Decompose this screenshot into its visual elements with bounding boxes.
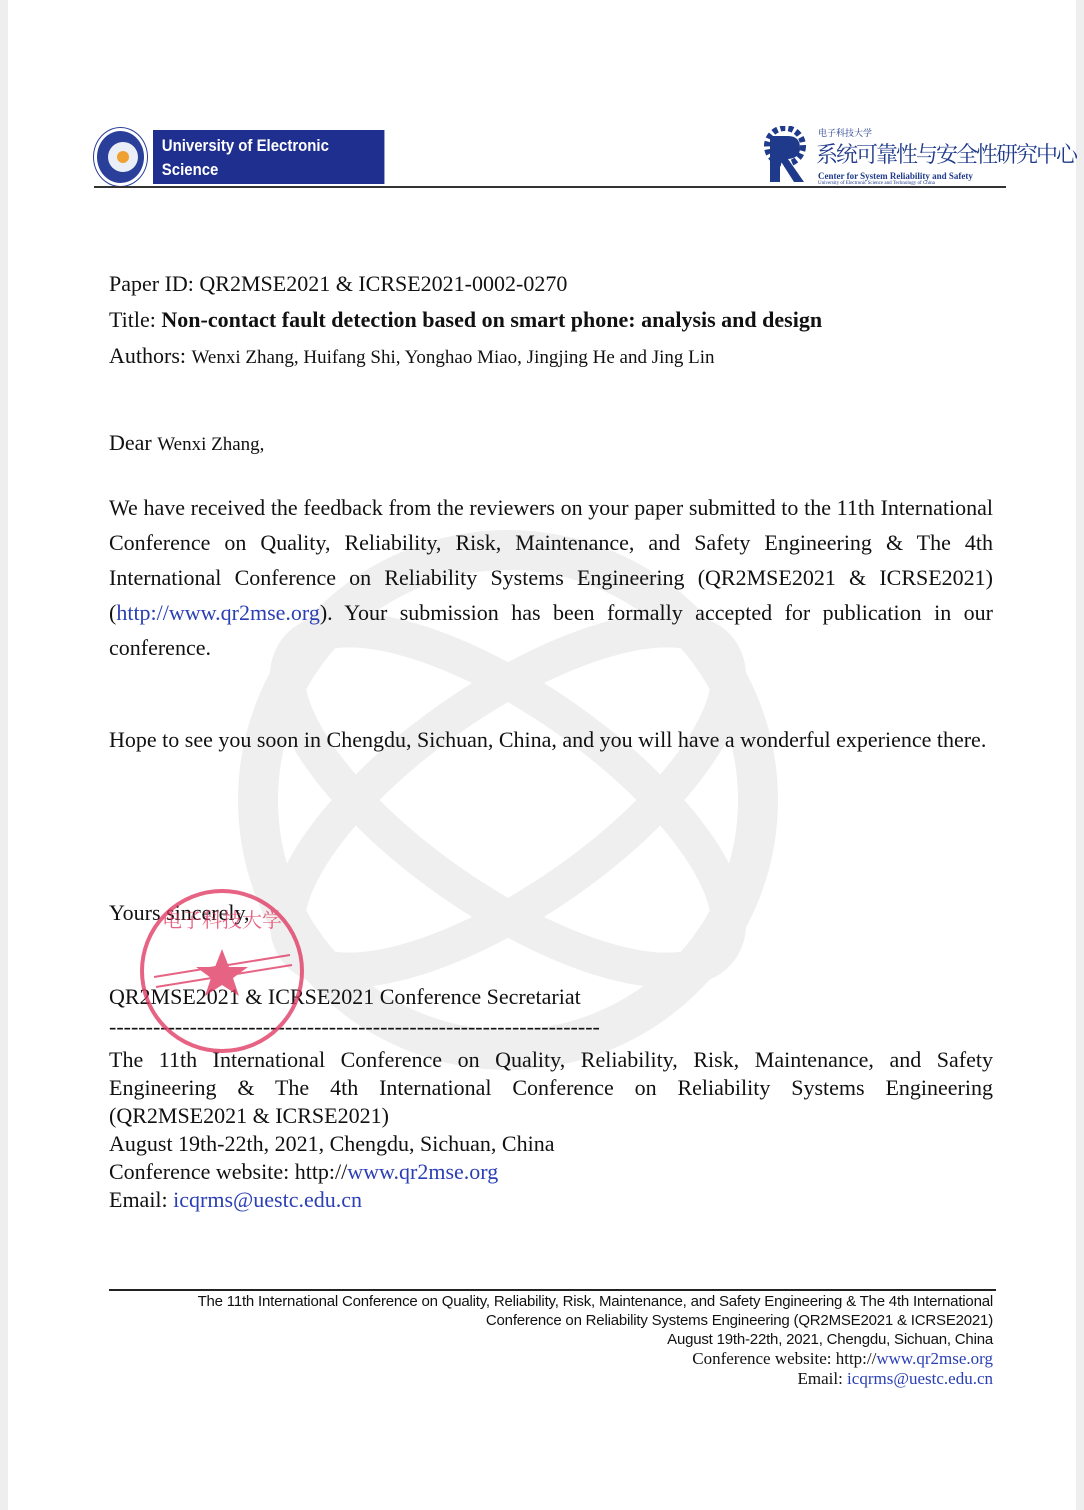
paper-id-value: QR2MSE2021 & ICRSE2021-0002-0270 bbox=[199, 271, 567, 296]
paper-authors: Authors: Wenxi Zhang, Huifang Shi, Yongh… bbox=[109, 338, 822, 376]
salutation: Dear Wenxi Zhang, bbox=[109, 430, 264, 456]
footer-line3: August 19th-22th, 2021, Chengdu, Sichuan… bbox=[109, 1330, 993, 1349]
sig-website: Conference website: http://www.qr2mse.or… bbox=[109, 1158, 993, 1186]
footer-website: Conference website: http://www.qr2mse.or… bbox=[109, 1349, 993, 1369]
paper-title-label: Title: bbox=[109, 307, 161, 332]
footer-line2: Conference on Reliability Systems Engine… bbox=[109, 1311, 993, 1330]
paper-title-value: Non-contact fault detection based on sma… bbox=[161, 307, 822, 332]
sig-website-label: Conference website: http:// bbox=[109, 1159, 347, 1184]
paper-authors-value: Wenxi Zhang, Huifang Shi, Yonghao Miao, … bbox=[192, 347, 715, 368]
university-name-line1: University of Electronic Science bbox=[162, 134, 385, 182]
footer-website-link[interactable]: www.qr2mse.org bbox=[876, 1349, 993, 1368]
paper-id: Paper ID: QR2MSE2021 & ICRSE2021-0002-02… bbox=[109, 266, 822, 302]
footer-line1: The 11th International Conference on Qua… bbox=[109, 1292, 993, 1311]
sig-email-label: Email: bbox=[109, 1187, 173, 1212]
footer-email-label: Email: bbox=[797, 1369, 847, 1388]
gear-r-logo-icon bbox=[760, 126, 810, 184]
university-name-banner: University of Electronic Science and Tec… bbox=[153, 130, 384, 184]
sig-website-link[interactable]: www.qr2mse.org bbox=[347, 1159, 498, 1184]
sig-line2: Engineering & The 4th International Conf… bbox=[109, 1074, 993, 1102]
uestc-emblem-icon bbox=[94, 128, 147, 186]
paper-metadata: Paper ID: QR2MSE2021 & ICRSE2021-0002-02… bbox=[109, 266, 822, 376]
footer-website-label: Conference website: http:// bbox=[692, 1349, 876, 1368]
sig-email: Email: icqrms@uestc.edu.cn bbox=[109, 1186, 993, 1214]
recipient-name: Wenxi Zhang, bbox=[157, 434, 264, 455]
footer-divider bbox=[109, 1289, 996, 1291]
svg-text:电子科技大学: 电子科技大学 bbox=[162, 908, 282, 932]
paper-id-label: Paper ID: bbox=[109, 271, 199, 296]
reliability-center-logo: 电子科技大学 系统可靠性与安全性研究中心 Center for System R… bbox=[760, 126, 1006, 186]
footer-email: Email: icqrms@uestc.edu.cn bbox=[109, 1369, 993, 1389]
salutation-label: Dear bbox=[109, 430, 157, 455]
official-seal-stamp: 电子科技大学 bbox=[136, 885, 308, 1057]
sig-line3: (QR2MSE2021 & ICRSE2021) bbox=[109, 1102, 993, 1130]
signature-block: The 11th International Conference on Qua… bbox=[109, 1046, 993, 1214]
page-footer: The 11th International Conference on Qua… bbox=[109, 1292, 993, 1389]
paper-title: Title: Non-contact fault detection based… bbox=[109, 302, 822, 338]
closing-paragraph: Hope to see you soon in Chengdu, Sichuan… bbox=[109, 722, 993, 757]
conference-link[interactable]: http://www.qr2mse.org bbox=[116, 600, 320, 625]
uestc-logo: University of Electronic Science and Tec… bbox=[94, 130, 416, 184]
sig-line4: August 19th-22th, 2021, Chengdu, Sichuan… bbox=[109, 1130, 993, 1158]
center-name-cn: 系统可靠性与安全性研究中心 bbox=[816, 138, 1076, 169]
sig-email-link[interactable]: icqrms@uestc.edu.cn bbox=[173, 1187, 362, 1212]
footer-email-link[interactable]: icqrms@uestc.edu.cn bbox=[847, 1369, 993, 1388]
header-divider bbox=[94, 186, 1006, 188]
acceptance-paragraph: We have received the feedback from the r… bbox=[109, 490, 993, 665]
letter-page: University of Electronic Science and Tec… bbox=[8, 0, 1076, 1510]
paper-authors-label: Authors: bbox=[109, 343, 192, 368]
center-name-en: Center for System Reliability and Safety bbox=[818, 171, 973, 181]
